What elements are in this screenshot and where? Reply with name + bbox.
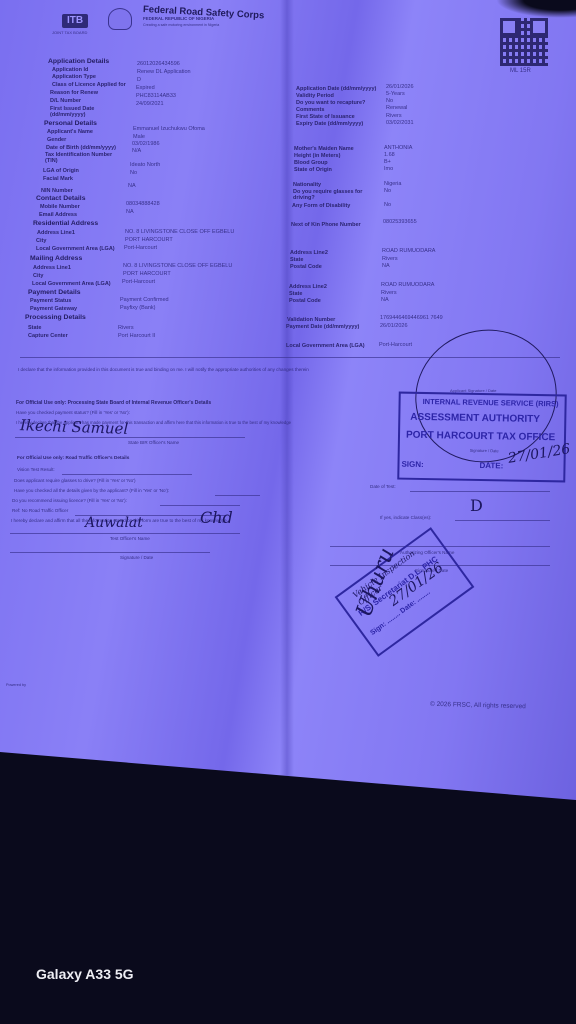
- field-label: Payment Gateway: [30, 306, 77, 312]
- rto-glasses-question: Does applicant require glasses to drive?…: [14, 478, 136, 483]
- document-sheet: ITB JOINT TAX BOARD Federal Road Safety …: [0, 0, 576, 800]
- field-label: Nationality: [293, 182, 321, 188]
- field-value: 26/01/2026: [380, 323, 408, 329]
- signature-line: [15, 437, 245, 438]
- birs-officer-signature: Ikechi Samuel: [20, 416, 129, 438]
- field-value: Payfixy (Bank): [120, 305, 155, 311]
- field-label: Gender: [47, 137, 66, 143]
- signature-line: [10, 533, 240, 534]
- field-label: Capture Center: [28, 333, 68, 339]
- field-label: City: [33, 273, 43, 279]
- field-label: State: [290, 257, 303, 263]
- org-motto: Creating a safe motoring environment in …: [143, 23, 219, 27]
- field-value: No: [130, 170, 137, 176]
- page-fold: [280, 0, 294, 800]
- field-value: PORT HARCOURT: [125, 237, 173, 243]
- rto-signature-label: Signature / Date: [120, 555, 153, 560]
- field-label: State: [289, 291, 302, 297]
- field-label: Email Address: [39, 212, 77, 218]
- field-value: 24/09/2021: [136, 101, 164, 107]
- field-value: Rivers: [382, 256, 398, 262]
- class-label: If yes, indicate Class(es):: [380, 515, 431, 520]
- field-value: 1769446469446961 7649: [380, 315, 443, 321]
- device-watermark: Galaxy A33 5G: [36, 966, 134, 982]
- field-label: Applicant's Name: [47, 129, 93, 135]
- section-heading-payment: Payment Details: [28, 289, 81, 296]
- qr-code-icon: [500, 18, 548, 66]
- field-label: Next of Kin Phone Number: [291, 222, 361, 228]
- signature-line: [10, 552, 210, 553]
- field-label: City: [36, 238, 46, 244]
- field-value: ROAD RUMUODARA: [382, 248, 435, 254]
- field-label: Local Government Area (LGA): [36, 246, 115, 252]
- field-value: Port Harcourt II: [118, 333, 155, 339]
- field-value: Nigeria: [384, 181, 401, 187]
- field-label: Address Line2: [290, 250, 328, 256]
- field-value: 03/02/1986: [132, 141, 160, 147]
- coat-of-arms-icon: [108, 8, 132, 30]
- test-officer-name-label: Test Officer's Name: [110, 536, 150, 541]
- field-label: Address Line2: [289, 284, 327, 290]
- rto-section-heading: For Official Use only: Road Traffic Offi…: [17, 455, 129, 460]
- answer-line: [455, 520, 550, 521]
- field-value: Renew DL Application: [137, 69, 191, 75]
- field-label: LGA of Origin: [43, 168, 79, 174]
- field-label: Reason for Renew: [50, 90, 98, 96]
- field-value: NA: [381, 297, 389, 303]
- field-label: Class of Licence Applied for: [52, 82, 126, 88]
- rto-ref-officer: Ref: No Road Traffic Officer: [12, 508, 68, 513]
- field-value: B+: [384, 159, 391, 165]
- answer-line: [62, 474, 192, 475]
- field-label: State of Origin: [294, 167, 332, 173]
- field-value: NO. 8 LIVINGSTONE CLOSE OFF EGBELU: [123, 263, 232, 269]
- field-value: Rivers: [118, 325, 134, 331]
- field-value: Emmanuel Izuchukwu Ofoma: [133, 126, 205, 132]
- field-label: NIN Number: [41, 188, 73, 194]
- powered-by-label: Powered by: [6, 683, 26, 687]
- field-label: Any Form of Disability: [292, 203, 350, 209]
- field-value: Ideato North: [130, 162, 160, 168]
- field-label: Comments: [296, 107, 324, 113]
- birs-officer-name-label: State BIR Officer's Name: [128, 440, 179, 445]
- answer-line: [215, 495, 260, 496]
- field-label: Validation Number: [287, 317, 335, 323]
- field-value: NA: [128, 183, 136, 189]
- field-value: No: [384, 188, 391, 194]
- field-value: No: [384, 202, 391, 208]
- field-value: 5-Years: [386, 91, 405, 97]
- field-label: Payment Date (dd/mm/yyyy): [286, 324, 359, 330]
- field-label: Date of Birth (dd/mm/yyyy): [46, 145, 116, 151]
- field-label: Application Id: [52, 67, 88, 73]
- field-value: PORT HARCOURT: [123, 271, 171, 277]
- shadow: [496, 0, 576, 18]
- section-heading-mailing: Mailing Address: [30, 255, 82, 262]
- field-label: Address Line1: [33, 265, 71, 271]
- field-value: Rivers: [386, 113, 402, 119]
- date-of-test-label: Date of Test:: [370, 484, 396, 489]
- field-label: Mobile Number: [40, 204, 80, 210]
- field-value: 03/02/2031: [386, 120, 414, 126]
- test-officer-initials: Chd: [200, 508, 233, 527]
- field-value: 26012026434596: [137, 61, 180, 67]
- field-label: Application Type: [52, 74, 96, 80]
- field-value: Male: [133, 134, 145, 140]
- field-label: Postal Code: [289, 298, 321, 304]
- field-value: Payment Confirmed: [120, 297, 169, 303]
- field-value: ANTHONIA: [384, 145, 412, 151]
- field-label: Validity Period: [296, 93, 334, 99]
- field-value: Port-Harcourt: [122, 279, 155, 285]
- section-heading-contact: Contact Details: [36, 195, 85, 202]
- field-label: Mother's Maiden Name: [294, 146, 354, 152]
- field-label: Local Government Area (LGA): [32, 281, 111, 287]
- field-label: Do you require glasses for driving?: [293, 189, 373, 201]
- field-label: Local Government Area (LGA): [286, 343, 365, 349]
- field-label: Payment Status: [30, 298, 71, 304]
- field-value: NO. 8 LIVINGSTONE CLOSE OFF EGBELU: [125, 229, 234, 235]
- test-officer-signature: Auwalat: [85, 515, 143, 531]
- birs-section-heading: For Official Use only: Processing State …: [16, 400, 211, 406]
- field-value: 1.68: [384, 152, 395, 158]
- section-heading-application: Application Details: [48, 58, 109, 65]
- org-subtitle: FEDERAL REPUBLIC OF NIGERIA: [143, 16, 214, 21]
- answer-line: [160, 505, 240, 506]
- field-value: Expired: [136, 85, 155, 91]
- itb-logo: ITB: [62, 14, 88, 28]
- rto-recommend-question: Do you recommend issuing licence? (Fill …: [12, 498, 127, 503]
- declaration-text: I declare that the information provided …: [18, 367, 309, 372]
- field-label: Blood Group: [294, 160, 328, 166]
- itb-logo-subtitle: JOINT TAX BOARD: [52, 30, 87, 35]
- copyright-text: © 2026 FRSC, All rights reserved: [430, 701, 526, 711]
- qr-code-label: ML 15R: [510, 68, 531, 74]
- field-value: 08034888428: [126, 201, 160, 207]
- field-label: Address Line1: [37, 230, 75, 236]
- class-value: D: [470, 496, 483, 515]
- field-value: Port-Harcourt: [379, 342, 412, 348]
- field-label: Expiry Date (dd/mm/yyyy): [296, 121, 363, 127]
- field-value: Imo: [384, 166, 393, 172]
- field-label: State: [28, 325, 41, 331]
- field-label: First Issued Date (dd/mm/yyyy): [50, 106, 118, 118]
- field-value: Renewal: [386, 105, 407, 111]
- field-label: Tax Identification Number (TIN): [45, 152, 125, 164]
- field-value: PHC83114AB33: [136, 93, 176, 99]
- section-heading-processing: Processing Details: [25, 314, 86, 321]
- tax-office-stamp: INTERNAL REVENUE SERVICE (RIRS) ASSESSME…: [397, 392, 567, 483]
- field-label: Height (in Meters): [294, 153, 340, 159]
- field-label: Do you want to recapture?: [296, 100, 365, 106]
- field-value: ROAD RUMUODARA: [381, 282, 434, 288]
- field-value: No: [386, 98, 393, 104]
- field-value: Port-Harcourt: [124, 245, 157, 251]
- field-value: 26/01/2026: [386, 84, 414, 90]
- field-value: NA: [126, 209, 134, 215]
- section-heading-residential: Residential Address: [33, 220, 98, 227]
- field-label: Postal Code: [290, 264, 322, 270]
- section-heading-personal: Personal Details: [44, 120, 97, 127]
- field-value: Rivers: [381, 290, 397, 296]
- field-value: N/A: [132, 148, 141, 154]
- birs-question-payment: Have you checked payment status? (Fill i…: [16, 410, 130, 415]
- answer-line: [410, 491, 550, 492]
- field-label: First State of Issuance: [296, 114, 355, 120]
- field-label: Application Date (dd/mm/yyyy): [296, 86, 376, 92]
- field-value: D: [137, 77, 141, 83]
- field-label: Facial Mark: [43, 176, 73, 182]
- field-value: NA: [382, 263, 390, 269]
- rto-details-question: Have you checked all the details given b…: [14, 488, 169, 493]
- rto-vision-test: Vision Test Result:: [17, 467, 55, 472]
- field-label: D/L Number: [50, 98, 81, 104]
- field-value: 08025393655: [383, 219, 417, 225]
